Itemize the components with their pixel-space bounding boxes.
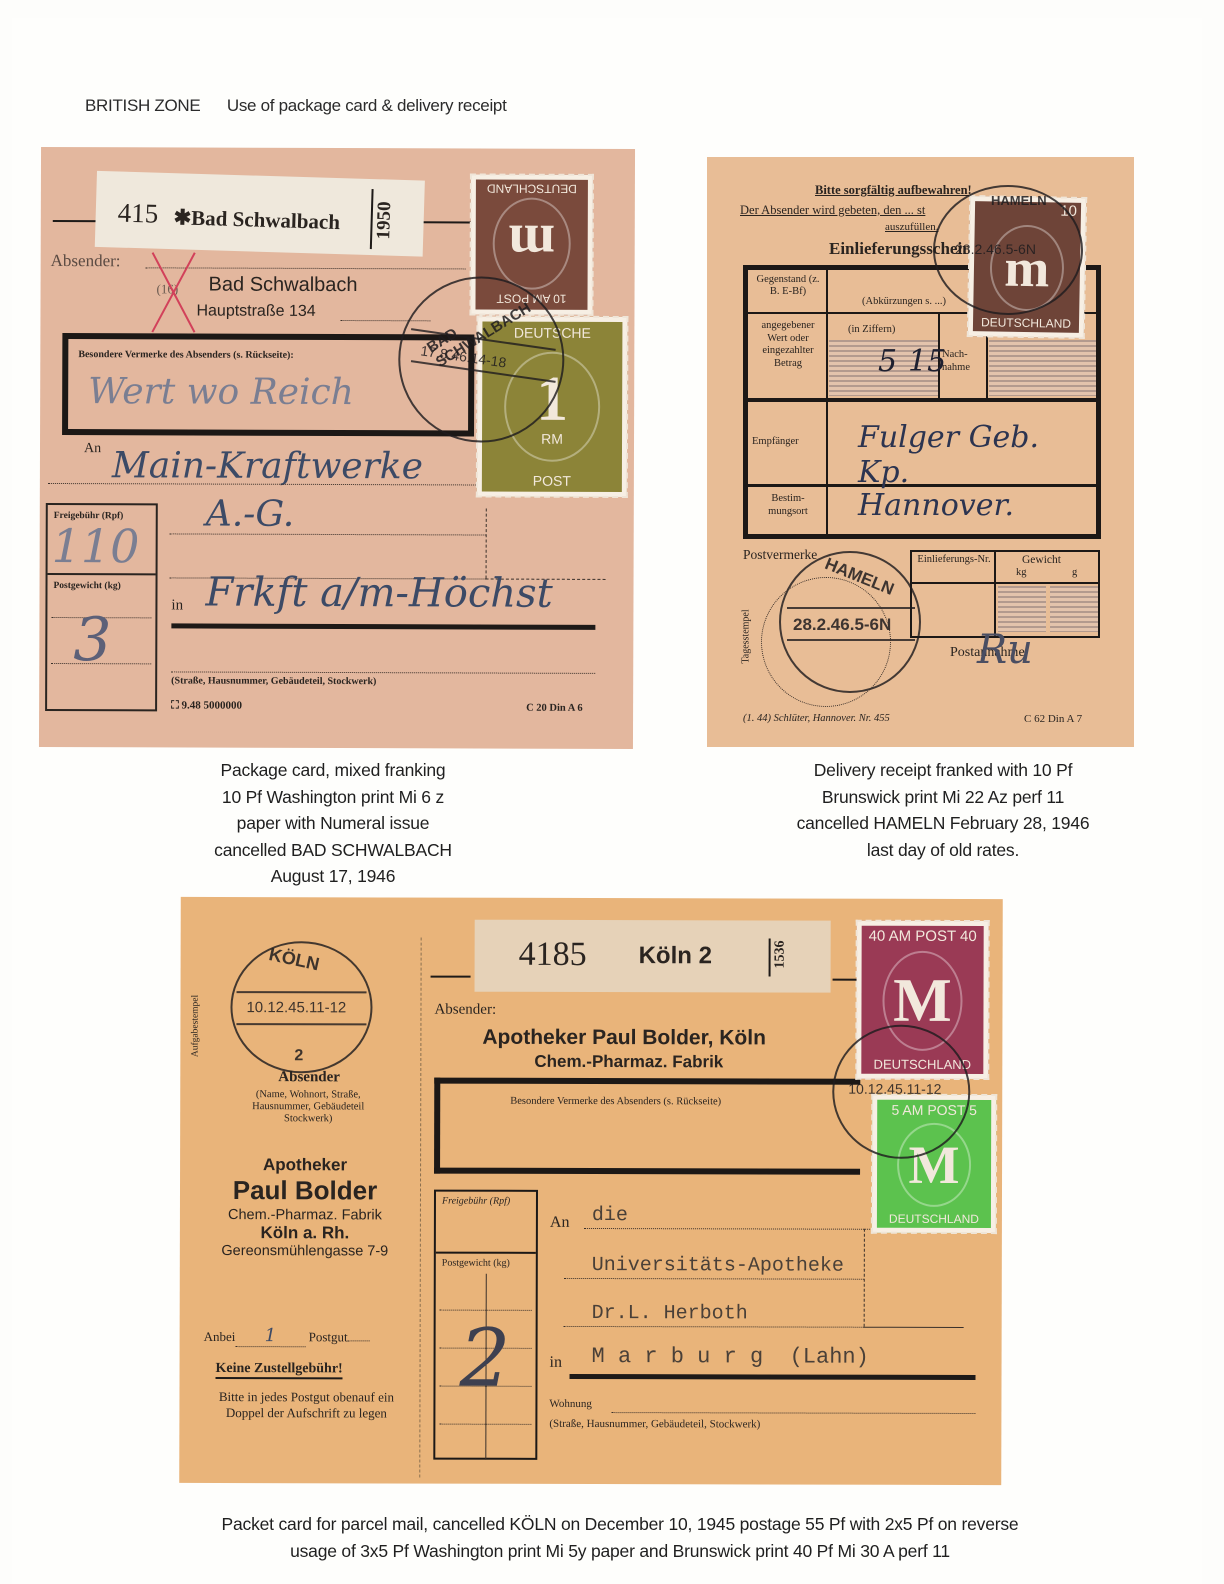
sender-line2: Chem.-Pharmaz. Fabrik [534,1052,723,1072]
value-hint: (in Ziffern) [848,324,895,335]
caption-line: cancelled BAD SCHWALBACH [170,837,496,864]
postmark-hameln-top: HAMELN 28.2.46.5-6N [933,185,1083,315]
receipt-heading: Bitte sorgfältig aufbewahren! [815,183,972,198]
sender-line1: Apotheker Paul Bolder, Köln [482,1026,766,1051]
company-name: Paul Bolder [194,1175,416,1206]
stamp-unit: RM [541,431,563,447]
printer-imprint: (1. 44) Schlüter, Hannover. Nr. 455 [743,713,890,724]
postmark-town: HAMELN [991,193,1047,208]
caption-line: Delivery receipt franked with 10 Pf [758,757,1128,784]
remarks-label: Besondere Vermerke des Absenders (s. Rüc… [78,349,293,361]
registration-label: 415 ✱Bad Schwalbach 1950 [95,171,425,257]
caption-line: Brunswick print Mi 22 Az perf 11 [758,784,1128,811]
stamp-text: DEUTSCHLAND [981,315,1071,331]
destination: Frkft a/m-Höchst [205,570,552,617]
company-imprint: Apotheker Paul Bolder Chem.-Pharmaz. Fab… [194,1155,416,1260]
delivery-receipt: Bitte sorgfältig aufbewahren! Der Absend… [707,157,1134,747]
caption-package-card: Package card, mixed franking 10 Pf Washi… [170,757,496,890]
kg-label: kg [1016,567,1027,578]
row-label-value: angegebener Wert oder eingezahlter Betra… [751,320,825,370]
form-code: C 62 Din A 7 [1024,713,1082,725]
to-label: An [84,441,101,457]
label-office: Köln 2 [639,942,712,970]
sender-heading: Absender [278,1069,340,1086]
registration-label: 4185 Köln 2 1536 [475,920,831,993]
company-type: Chem.-Pharmaz. Fabrik [194,1207,416,1224]
day-stamp-label: Tagesstempel [741,609,752,663]
recipient-line1: die [592,1204,628,1227]
enclosed-unit: Postgut [309,1329,348,1344]
caption-packet-card: Packet card for parcel mail, cancelled K… [110,1511,1130,1564]
stamp-header: 40 AM POST 40 [869,928,977,945]
caption-line: 10 Pf Washington print Mi 6 z [170,784,496,811]
g-label: g [1072,567,1077,578]
entry-no-label: Einlieferungs-Nr. [914,554,994,566]
postmark-town: KÖLN [267,944,321,975]
no-delivery-fee: Keine Zustellgebühr! [216,1361,343,1379]
weight-value: 3 [73,605,111,675]
weight-label: Postgewicht (kg) [442,1258,510,1269]
dwelling-label: Wohnung [549,1398,592,1410]
postmark-date: 28.2.46.5-6N [955,241,1036,257]
row-value-destination: Hannover. [858,488,1014,523]
stamp-text: POST [533,473,571,489]
zone-label: BRITISH ZONE [85,96,200,115]
sender-label: Absender: [434,1002,496,1019]
recipient-line2: Universitäts-Apotheke [592,1254,844,1278]
fee-value: 110 [52,519,140,573]
stamp-value: 40 [960,928,977,945]
value-pf: 15 [908,344,946,379]
company-role: Apotheker [194,1155,416,1176]
receipt-instruction: Der Absender wird gebeten, den ... st [740,203,925,218]
caption-line: paper with Numeral issue [170,810,496,837]
remarks-handwritten: Wert wo Reich [88,371,354,413]
label-office: ✱Bad Schwalbach [173,205,340,235]
sender-label: Absender: [51,251,121,271]
label-number: 4185 [519,936,587,974]
row-value-subject: (Abkürzungen s. ...) [862,296,946,307]
print-code-text: 9.48 5000000 [182,699,243,711]
stamp-text: DEUTSCHLAND [487,182,577,196]
enclosed-line: Anbei1 Postgut [204,1325,370,1347]
remarks-box: Besondere Vermerke des Absenders (s. Rüc… [434,1078,860,1175]
postmark-koeln-stamps: 10.12.45.11-12 [832,1025,970,1159]
stamp-area-label: Aufgabestempel [190,995,200,1057]
caption-line: cancelled HAMELN February 28, 1946 [758,810,1128,837]
recipient-line3: Dr.L. Herboth [592,1302,748,1325]
recipient-line2: A.-G. [206,494,295,535]
stamp-value: 40 [869,928,886,945]
postmark-date: 10.12.45.11-12 [848,1081,941,1097]
in-label: in [171,597,183,614]
row-value-recipient: Fulger Geb. Kp. [858,420,1096,490]
caption-line: usage of 3x5 Pf Washington print Mi 5y p… [110,1538,1130,1565]
weight-value: 2 [459,1312,510,1405]
postmark-suffix: 2 [294,1047,303,1065]
label-code: 1950 [373,201,396,240]
caption-line: last day of old rates. [758,837,1128,864]
weight-label: Postgewicht (kg) [53,581,120,591]
remarks-label: Besondere Vermerke des Absenders (s. Rüc… [510,1096,721,1108]
package-card: 415 ✱Bad Schwalbach 1950 Absender: (16) … [39,147,635,749]
page-title: BRITISH ZONE Use of package card & deliv… [85,96,507,116]
packet-card: Aufgabestempel KÖLN 10.12.45.11-12 2 Abs… [179,897,1003,1485]
receipt-instruction-2: auszufüllen. [885,221,938,233]
caption-line: August 17, 1946 [170,863,496,890]
sender-street: Hauptstraße 134 [196,303,315,321]
recipient-line1: Main-Kraftwerke [112,445,423,487]
page-subtitle: Use of package card & delivery receipt [227,96,507,115]
address-hint: (Straße, Hausnummer, Gebäudeteil, Stockw… [549,1418,760,1431]
caption-delivery-receipt: Delivery receipt franked with 10 Pf Brun… [758,757,1128,863]
in-label: in [550,1354,563,1372]
sender-town: Bad Schwalbach [209,274,358,298]
acceptance-signature: Ru [977,627,1033,673]
print-code: ⛶ 9.48 5000000 [171,699,242,712]
company-city: Köln a. Rh. [194,1223,416,1244]
weight-label: Gewicht [1022,554,1061,566]
caption-line: Package card, mixed franking [170,757,496,784]
to-label: An [550,1214,570,1232]
row-label-destination: Bestim-mungsort [754,492,822,518]
value-rm: 5 [878,344,897,379]
address-hint: (Straße, Hausnummer, Gebäudeteil, Stockw… [171,675,376,687]
cod-label: Nach-nahme [942,348,986,374]
company-street: Gereonsmühlengasse 7-9 [194,1243,416,1260]
delivery-instruction: Bitte in jedes Postgut obenauf ein Doppe… [201,1389,411,1421]
post-remarks-label: Postvermerke [743,547,817,563]
row-label-recipient: Empfänger [752,436,799,447]
stamp-value: 5 [969,1102,977,1118]
caption-line: Packet card for parcel mail, cancelled K… [110,1511,1130,1538]
postmark-koeln: KÖLN 10.12.45.11-12 2 [230,941,372,1073]
weight-box: Einlieferungs-Nr. Gewicht kg g [910,550,1100,638]
stamp-text: DEUTSCHLAND [889,1212,979,1226]
label-code: 1536 [773,940,789,968]
label-number: 415 [117,198,158,230]
enclosed-label: Anbei [204,1329,236,1344]
postmark-bad-schwalbach: BAD SCHWALBACH 17.8.46.14-18 [398,276,565,443]
sender-hint: (Name, Wohnort, Straße, Hausnummer, Gebä… [228,1089,388,1125]
destination: M a r b u r g (Lahn) [592,1344,869,1370]
fee-label: Freigebühr (Rpf) [442,1196,510,1207]
row-label-subject: Gegenstand (z. B. E-Bf) [752,274,824,298]
fee-weight-box: Freigebühr (Rpf) Postgewicht (kg) 2 [433,1190,538,1460]
fee-weight-box: Freigebühr (Rpf) 110 Postgewicht (kg) 3 [45,503,158,711]
stamp-text: AM POST [889,928,956,945]
postmark-date: 10.12.45.11-12 [246,999,346,1016]
enclosed-count: 1 [265,1325,277,1346]
form-code: C 20 Din A 6 [526,703,583,714]
